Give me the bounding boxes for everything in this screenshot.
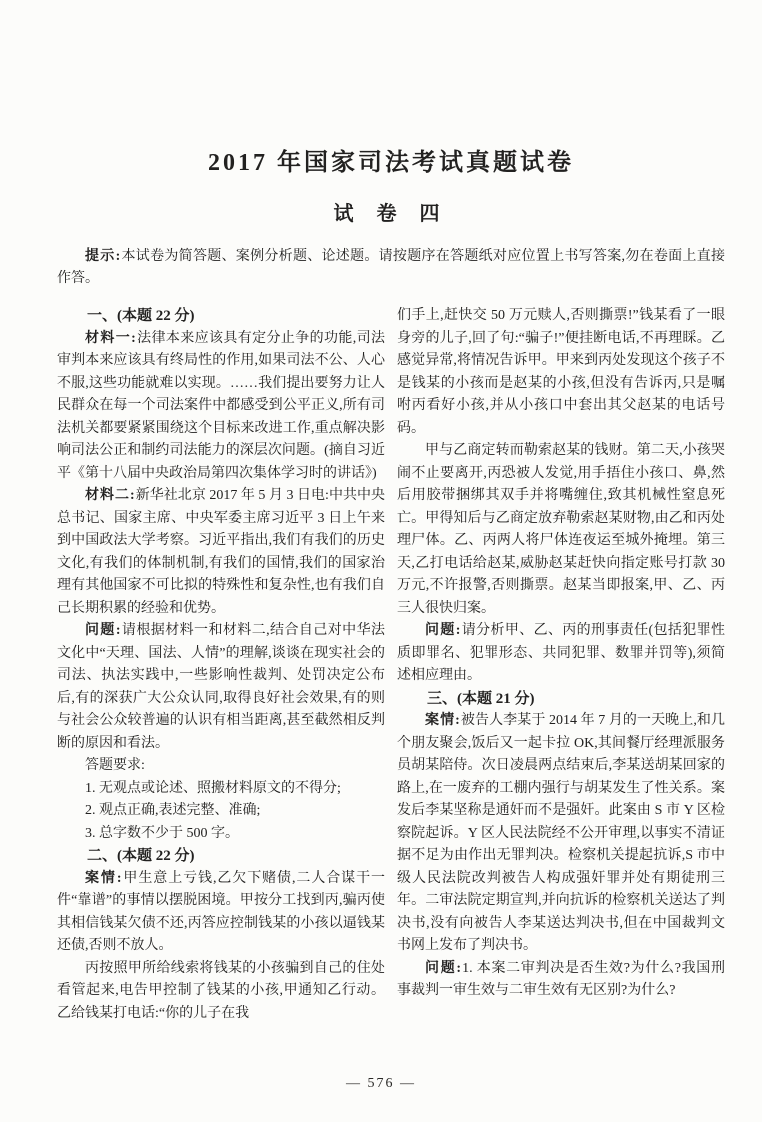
section-heading: 二、(本题 22 分) bbox=[57, 845, 385, 868]
paragraph: 答题要求: bbox=[57, 755, 385, 778]
paragraph-label: 案情: bbox=[85, 871, 123, 886]
page-title: 2017 年国家司法考试真题试卷 bbox=[57, 148, 725, 178]
paragraph-label: 问题: bbox=[425, 623, 461, 638]
two-column-body: 一、(本题 22 分)材料一:法律本来应该具有定分止争的功能,司法审判本来应该具… bbox=[57, 305, 725, 1025]
section-heading: 一、(本题 22 分) bbox=[57, 305, 385, 328]
paragraph: 材料二:新华社北京 2017 年 5 月 3 日电:中共中央总书记、国家主席、中… bbox=[57, 485, 385, 620]
paragraph-label: 案情: bbox=[425, 713, 461, 728]
notice-paragraph: 提示:本试卷为简答题、案例分析题、论述题。请按题序在答题纸对应位置上书写答案,勿… bbox=[57, 246, 725, 290]
paragraph: 1. 无观点或论述、照搬材料原文的不得分; bbox=[57, 778, 385, 801]
paragraph: 2. 观点正确,表述完整、准确; bbox=[57, 800, 385, 823]
paragraph-label: 材料一: bbox=[85, 331, 137, 346]
paragraph: 丙按照甲所给线索将钱某的小孩骗到自己的住处看管起来,电告甲控制了钱某的小孩,甲通… bbox=[57, 958, 385, 1026]
notice-label: 提示: bbox=[85, 249, 121, 264]
paragraph: 们手上,赶快交 50 万元赎人,否则撕票!”钱某看了一眼身旁的儿子,回了句:“骗… bbox=[397, 305, 725, 440]
paragraph: 甲与乙商定转而勒索赵某的钱财。第二天,小孩哭闹不止要离开,丙恐被人发觉,用手捂住… bbox=[397, 440, 725, 620]
page-content: 2017 年国家司法考试真题试卷 试 卷 四 提示:本试卷为简答题、案例分析题、… bbox=[57, 0, 725, 1025]
notice-text: 本试卷为简答题、案例分析题、论述题。请按题序在答题纸对应位置上书写答案,勿在卷面… bbox=[57, 249, 725, 286]
paragraph: 问题:请分析甲、乙、丙的刑事责任(包括犯罪性质即罪名、犯罪形态、共同犯罪、数罪并… bbox=[397, 620, 725, 688]
paragraph: 案情:被告人李某于 2014 年 7 月的一天晚上,和几个朋友聚会,饭后又一起卡… bbox=[397, 710, 725, 958]
exam-paper-page: 2017 年国家司法考试真题试卷 试 卷 四 提示:本试卷为简答题、案例分析题、… bbox=[0, 0, 762, 1122]
paragraph: 3. 总字数不少于 500 字。 bbox=[57, 823, 385, 846]
section-heading: 三、(本题 21 分) bbox=[397, 688, 725, 711]
paragraph-label: 材料二: bbox=[85, 488, 136, 503]
paragraph: 案情:甲生意上亏钱,乙欠下赌债,二人合谋干一件“靠谱”的事情以摆脱困境。甲按分工… bbox=[57, 868, 385, 958]
paragraph: 问题:1. 本案二审判决是否生效?为什么?我国刑事裁判一审生效与二审生效有无区别… bbox=[397, 958, 725, 1003]
paragraph: 问题:请根据材料一和材料二,结合自己对中华法文化中“天理、国法、人情”的理解,谈… bbox=[57, 620, 385, 755]
column-right: 们手上,赶快交 50 万元赎人,否则撕票!”钱某看了一眼身旁的儿子,回了句:“骗… bbox=[397, 305, 725, 1025]
page-subtitle: 试 卷 四 bbox=[57, 202, 725, 226]
page-number: — 576 — bbox=[0, 1076, 762, 1092]
paragraph-label: 问题: bbox=[85, 623, 122, 638]
paragraph: 材料一:法律本来应该具有定分止争的功能,司法审判本来应该具有终局性的作用,如果司… bbox=[57, 328, 385, 486]
column-left: 一、(本题 22 分)材料一:法律本来应该具有定分止争的功能,司法审判本来应该具… bbox=[57, 305, 385, 1025]
paragraph-label: 问题: bbox=[425, 961, 462, 976]
